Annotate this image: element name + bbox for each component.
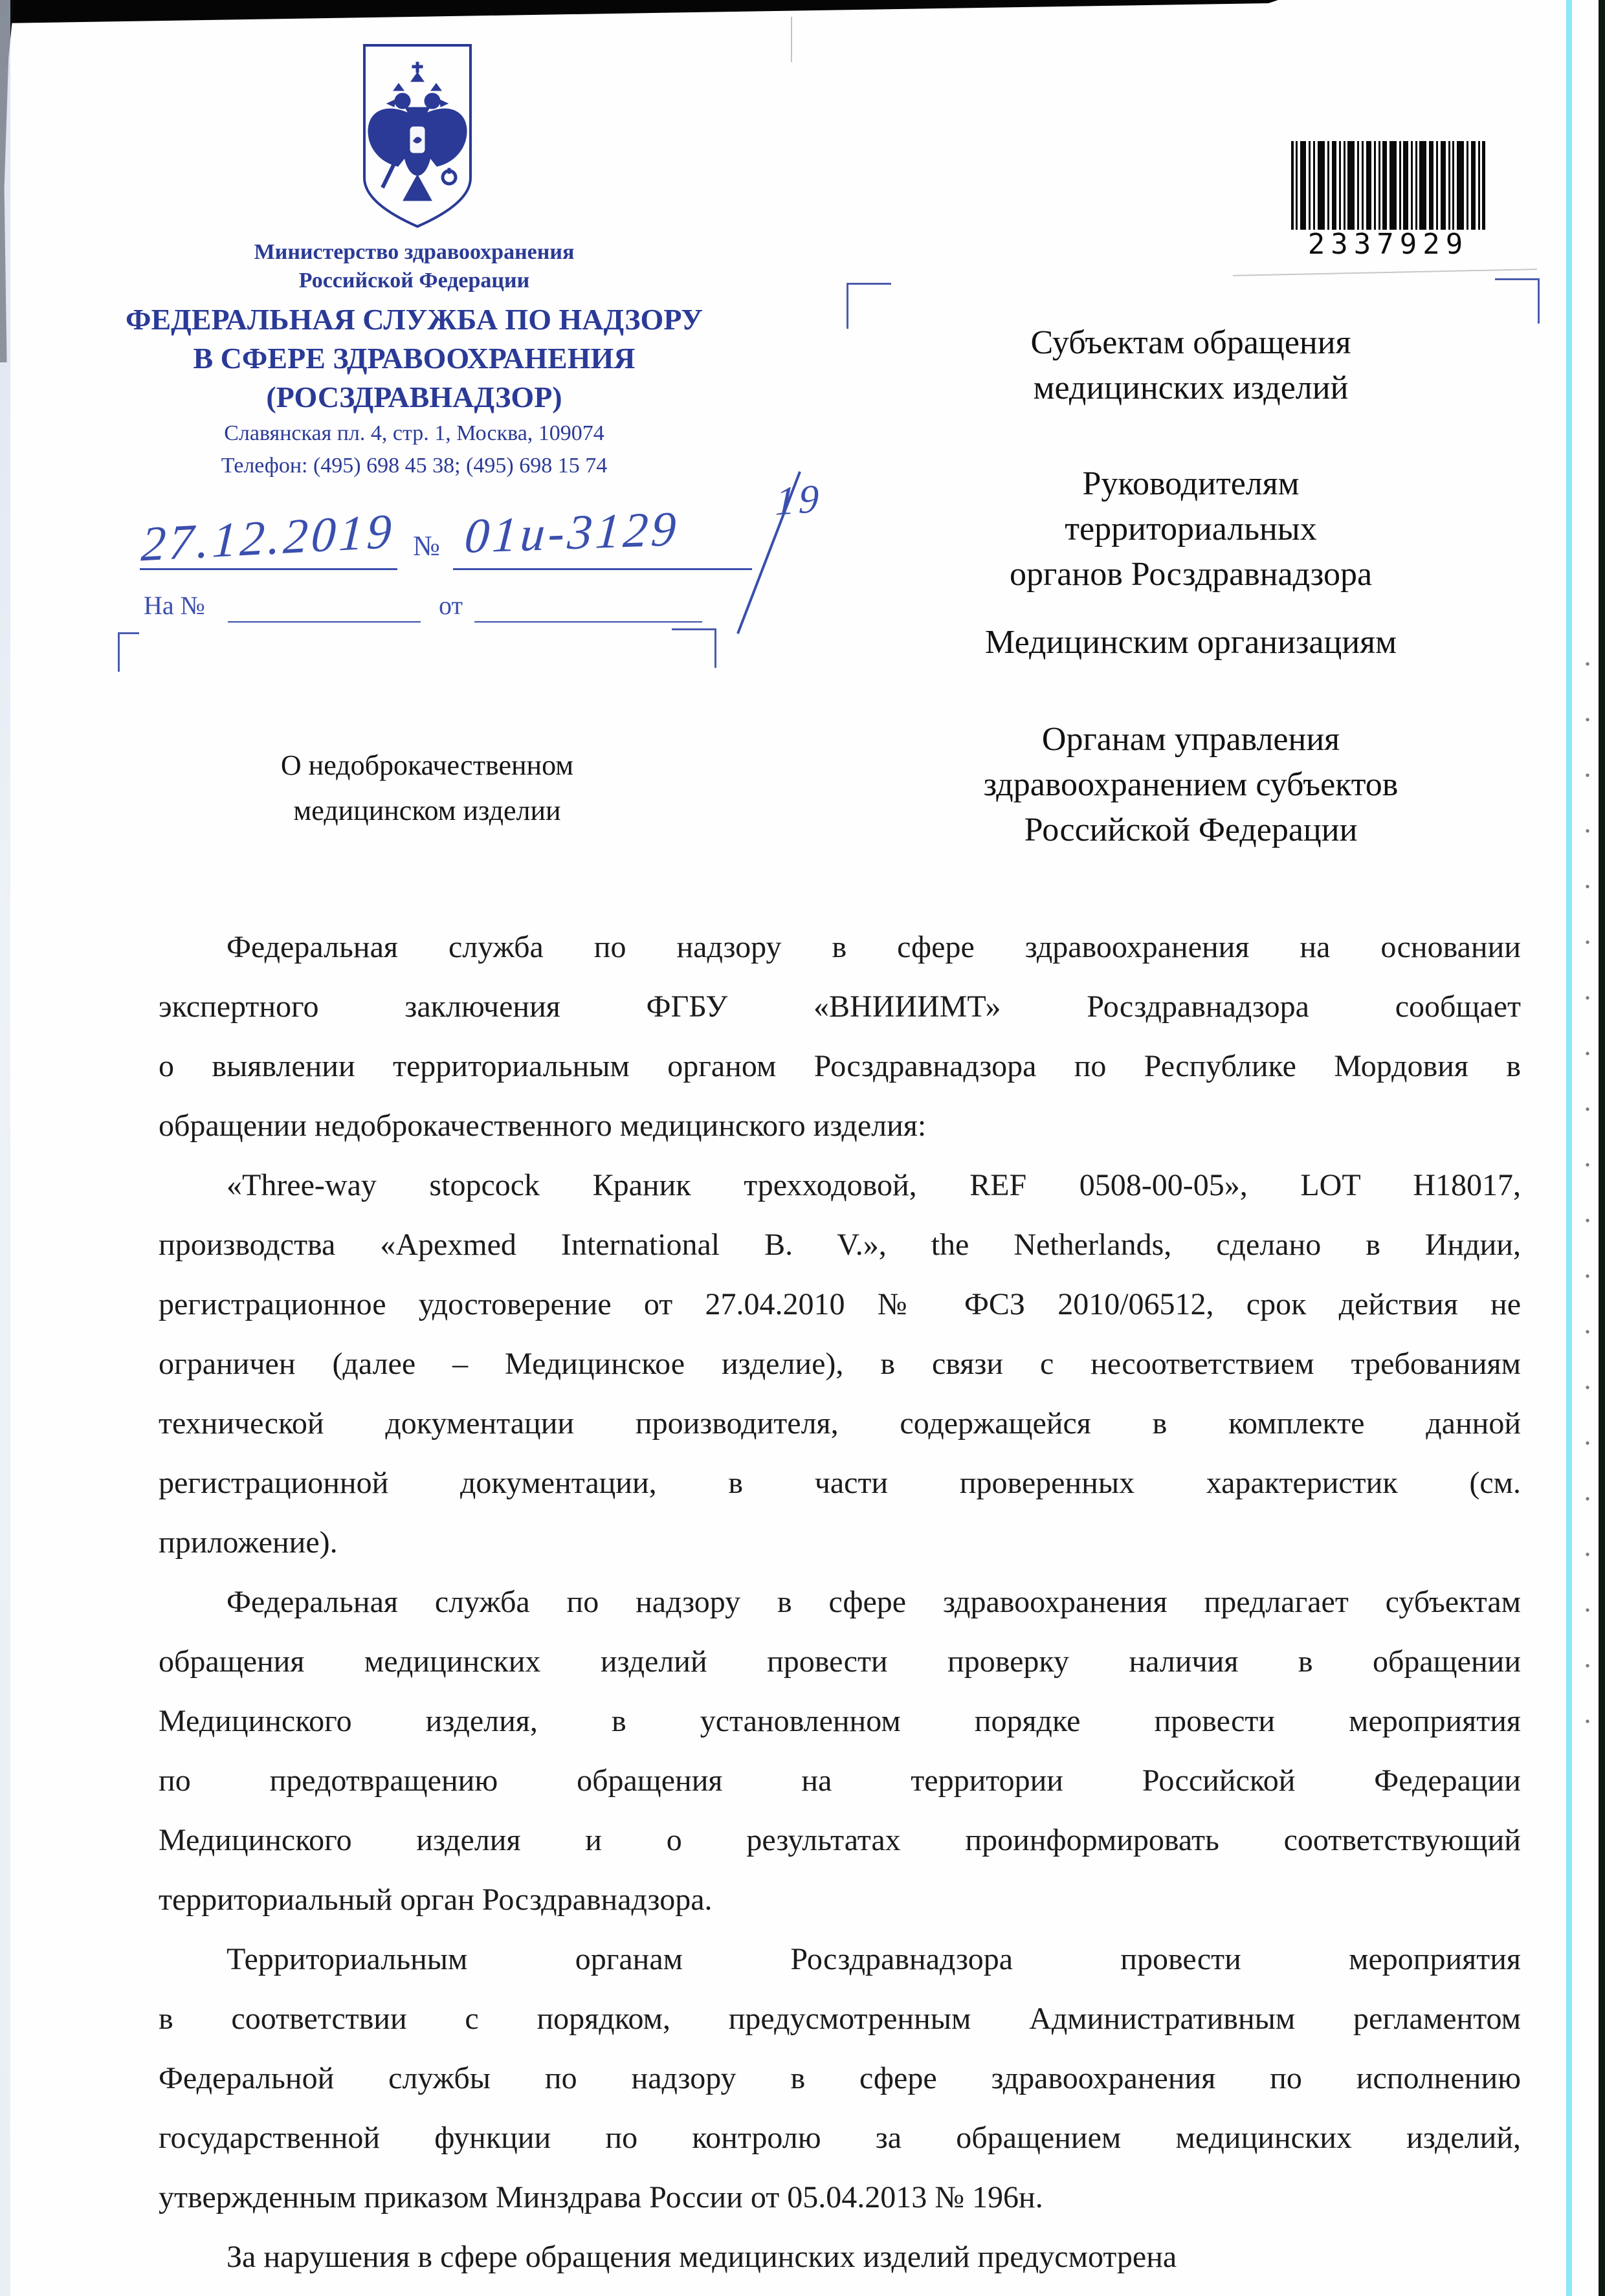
scan-right-edge: [1599, 0, 1605, 2296]
handwritten-date: 27.12.2019: [140, 503, 396, 573]
body-text-line: обращения медицинских изделий провести п…: [159, 1632, 1521, 1692]
number-underline: [453, 568, 752, 570]
addressee-line: Руководителям: [841, 461, 1540, 507]
body-text-line: в соответствии с порядком, предусмотренн…: [159, 1989, 1521, 2049]
subject-line: О недоброкачественноммедицинском изделии: [181, 743, 673, 833]
service-name: ФЕДЕРАЛЬНАЯ СЛУЖБА ПО НАДЗОРУВ СФЕРЕ ЗДР…: [123, 300, 705, 417]
handwritten-number: 01и-3129: [463, 501, 681, 565]
body-text-line: ограничен (далее – Медицинское изделие),…: [159, 1334, 1521, 1394]
date-underline: [140, 568, 397, 570]
barcode-number: 2337929: [1278, 228, 1498, 261]
reply-number-underline: [228, 621, 421, 623]
addressee-block: Руководителямтерриториальныхорганов Росз…: [841, 461, 1540, 597]
barcode-icon: [1291, 141, 1485, 230]
body-text-line: экспертного заключения ФГБУ «ВНИИИМТ» Ро…: [159, 977, 1521, 1037]
body-text-line: регистрационной документации, в части пр…: [159, 1453, 1521, 1513]
addressee-line: Российской Федерации: [841, 808, 1540, 853]
ministry-name: Министерство здравоохраненияРоссийской Ф…: [123, 238, 705, 295]
body-text-line: Федеральная служба по надзору в сфере зд…: [159, 918, 1521, 977]
body-text-line: Федеральной службы по надзору в сфере зд…: [159, 2049, 1521, 2108]
body-text-line: государственной функции по контролю за о…: [159, 2108, 1521, 2168]
body-text-line: по предотвращению обращения на территори…: [159, 1751, 1521, 1811]
ministry-line: Российской Федерации: [123, 267, 705, 295]
body-text-line: Медицинского изделия и о результатах про…: [159, 1811, 1521, 1870]
body-text-line: о выявлении территориальным органом Росз…: [159, 1037, 1521, 1096]
addressee-line: Медицинским организациям: [841, 620, 1540, 665]
body-text-line: За нарушения в сфере обращения медицинск…: [159, 2227, 1521, 2287]
body-text-line: приложение).: [159, 1513, 1521, 1573]
addressee-list: Субъектам обращениямедицинских изделийРу…: [841, 320, 1540, 853]
service-line: В СФЕРЕ ЗДРАВООХРАНЕНИЯ: [123, 339, 705, 378]
corner-mark-addressee-right: [1495, 278, 1540, 324]
number-sign-label: №: [413, 529, 440, 562]
body-text-line: Медицинского изделия, в установленном по…: [159, 1692, 1521, 1751]
addressee-line: здравоохранением субъектов: [841, 762, 1540, 808]
scan-left-tint: [0, 0, 10, 2296]
scan-streak-artifact: [1233, 269, 1537, 276]
scan-fold-mark: [791, 17, 792, 62]
handwritten-number-suffix: 19: [775, 476, 823, 525]
reply-from-underline: [474, 621, 702, 623]
addressee-block: Медицинским организациям: [841, 620, 1540, 665]
body-text-line: утвержденным приказом Минздрава России о…: [159, 2168, 1521, 2227]
body-text-line: территориальный орган Росздравнадзора.: [159, 1870, 1521, 1930]
letterhead-address: Славянская пл. 4, стр. 1, Москва, 109074: [123, 419, 705, 448]
document-page: Министерство здравоохраненияРоссийской Ф…: [0, 0, 1605, 2296]
addressee-line: Субъектам обращения: [841, 320, 1540, 366]
addressee-line: Органам управления: [841, 717, 1540, 762]
body-text-line: «Three-way stopcock Краник трехходовой, …: [159, 1156, 1521, 1215]
scan-cyan-line: [1566, 0, 1572, 2296]
letter-body: Федеральная служба по надзору в сфере зд…: [159, 918, 1521, 2287]
ministry-line: Министерство здравоохранения: [123, 238, 705, 267]
body-text-line: производства «Apexmed International B. V…: [159, 1215, 1521, 1275]
body-text-line: регистрационное удостоверение от 27.04.2…: [159, 1275, 1521, 1334]
coat-of-arms-icon: [353, 39, 482, 233]
body-text-line: технической документации производителя, …: [159, 1394, 1521, 1453]
scan-perforation-dots: [1586, 660, 1591, 1760]
addressee-line: медицинских изделий: [841, 366, 1540, 411]
service-line: (РОСЗДРАВНАДЗОР): [123, 378, 705, 417]
addressee-block: Органам управленияздравоохранением субъе…: [841, 717, 1540, 853]
service-line: ФЕДЕРАЛЬНАЯ СЛУЖБА ПО НАДЗОРУ: [123, 300, 705, 339]
body-text-line: обращении недоброкачественного медицинск…: [159, 1096, 1521, 1156]
body-text-line: Федеральная служба по надзору в сфере зд…: [159, 1573, 1521, 1632]
reply-from-label: от: [439, 590, 463, 621]
subject-text-line: медицинском изделии: [181, 788, 673, 833]
letterhead-phone: Телефон: (495) 698 45 38; (495) 698 15 7…: [123, 452, 705, 480]
addressee-line: органов Росздравнадзора: [841, 552, 1540, 597]
body-text-line: Территориальным органам Росздравнадзора …: [159, 1930, 1521, 1989]
scan-top-edge-artifact: [0, 0, 1605, 26]
corner-mark-subject-left: [118, 632, 139, 672]
subject-text-line: О недоброкачественном: [181, 743, 673, 788]
corner-mark-subject-right: [672, 628, 716, 668]
addressee-line: территориальных: [841, 507, 1540, 552]
reply-number-label: На №: [144, 590, 205, 621]
addressee-block: Субъектам обращениямедицинских изделий: [841, 320, 1540, 411]
